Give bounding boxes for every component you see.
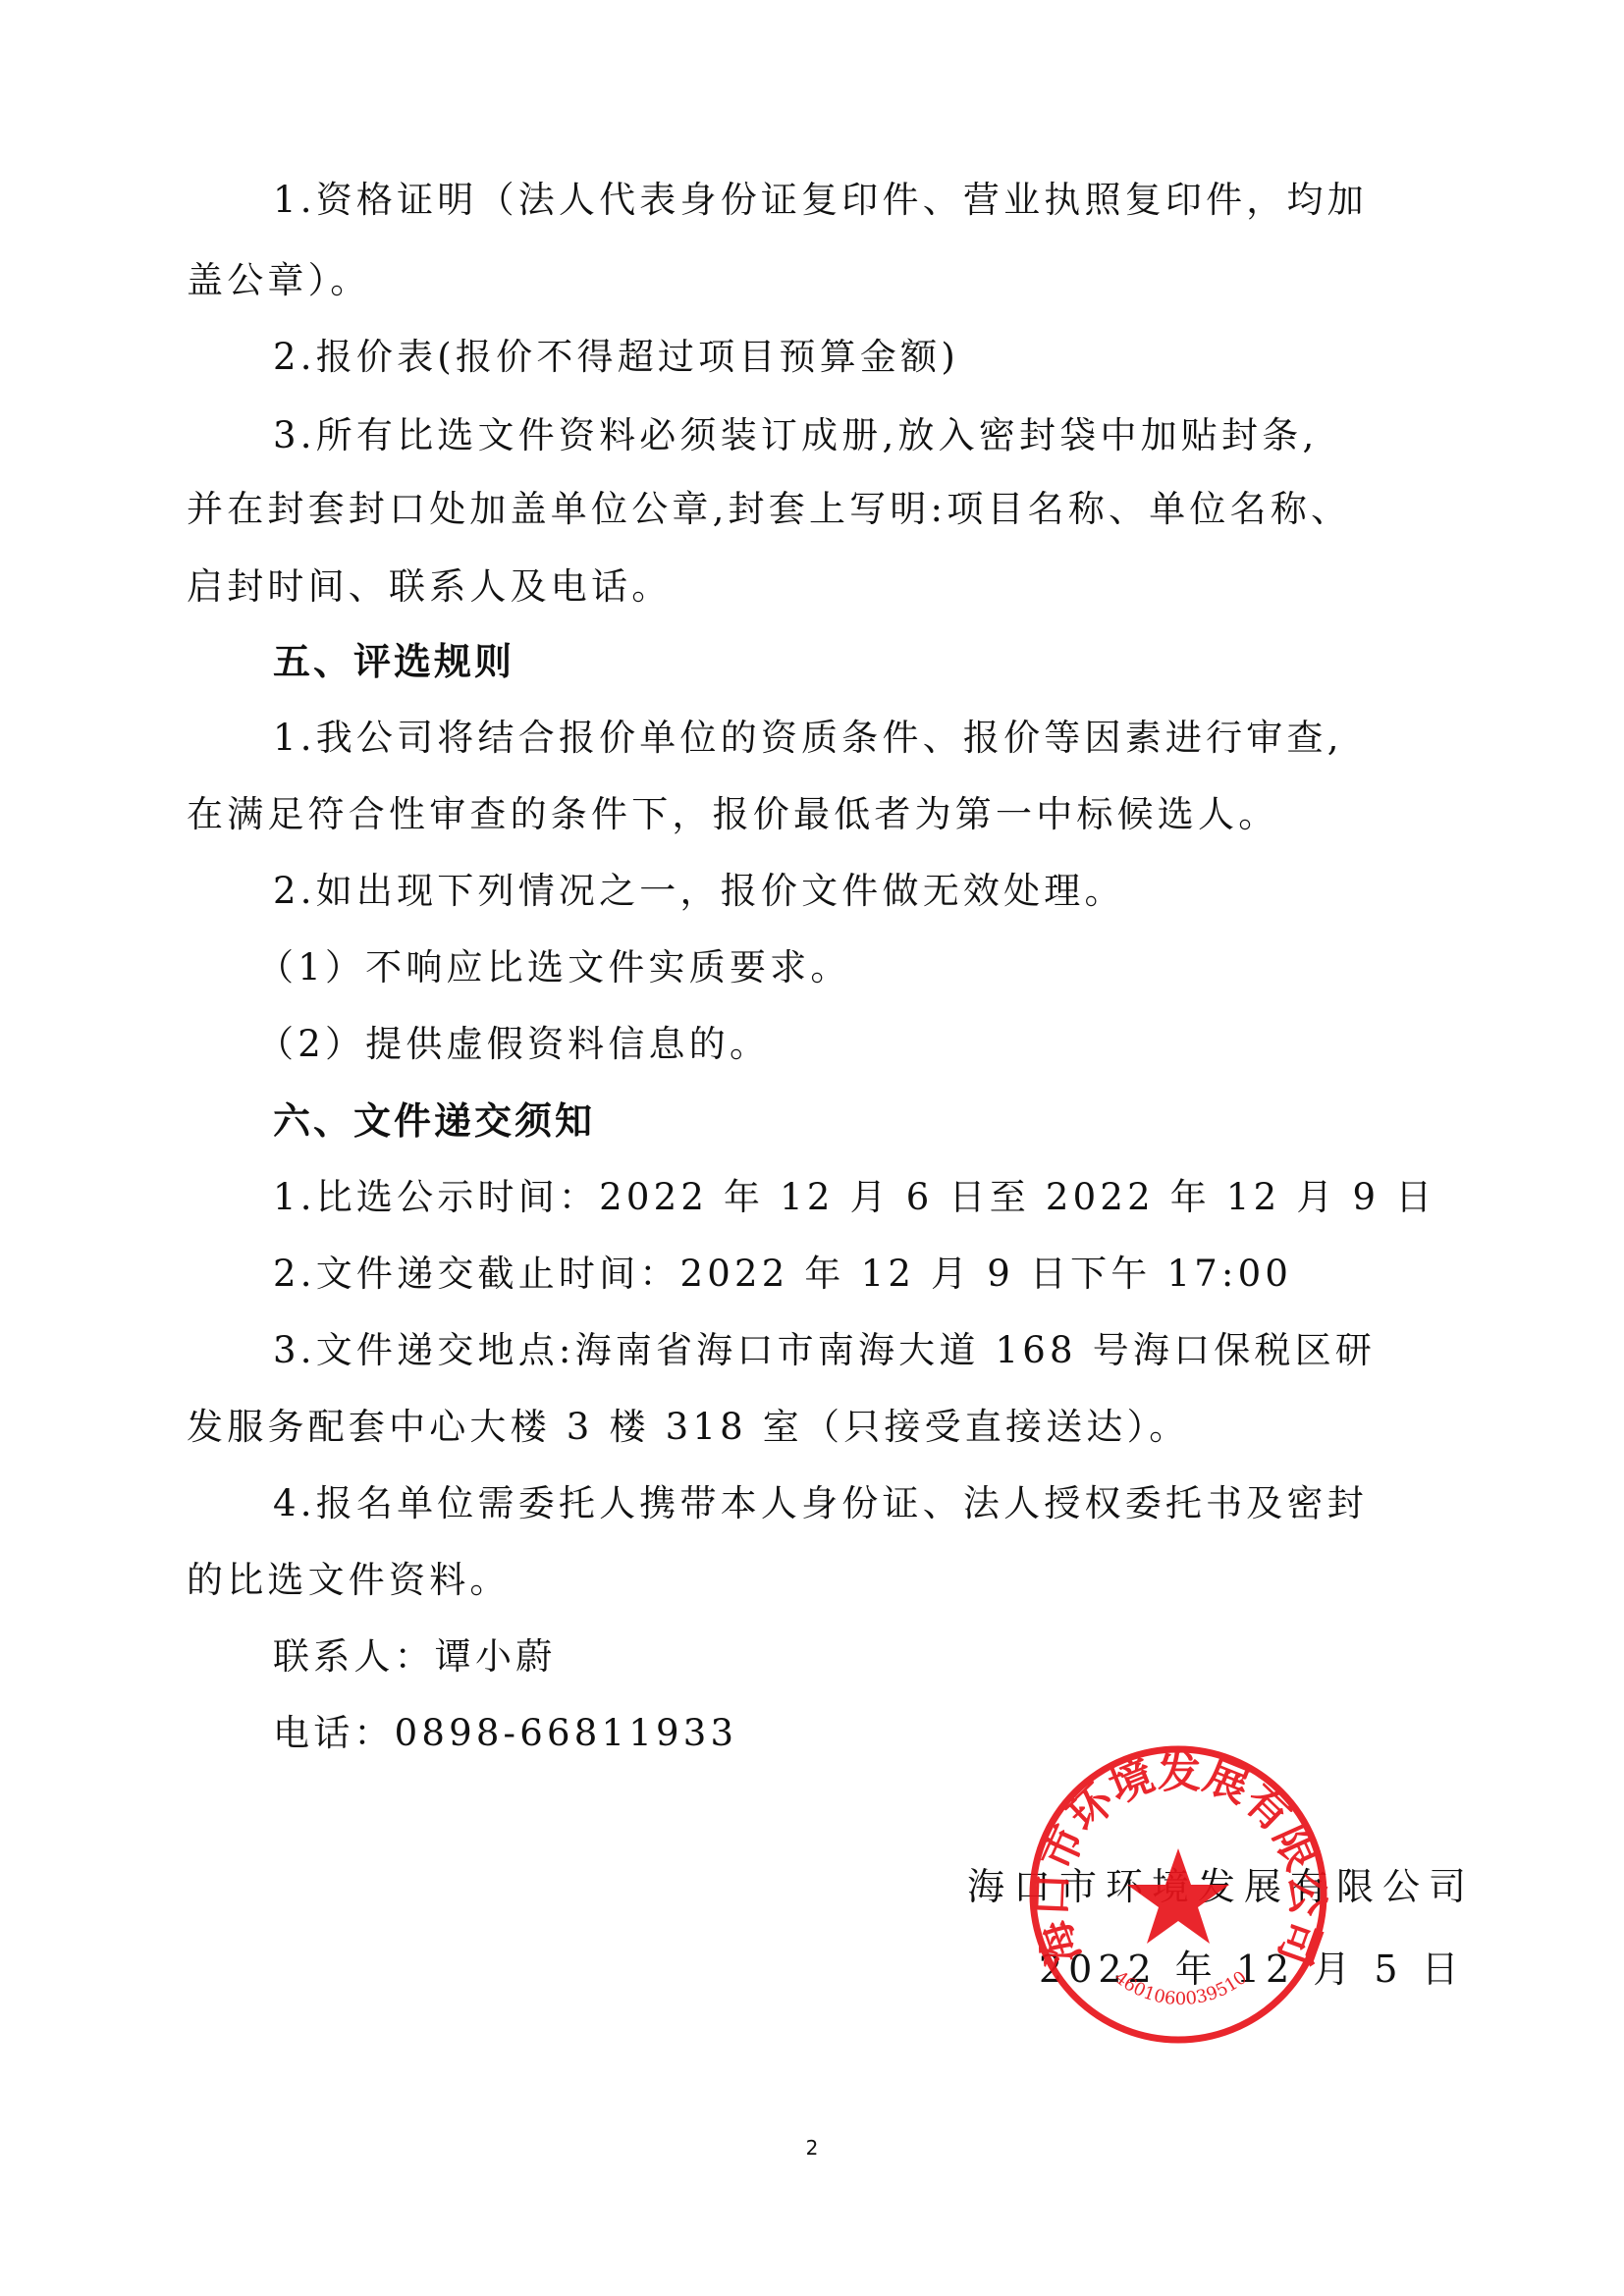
sec4-item3-line2: 并在封套封口处加盖单位公章,封套上写明:项目名称、单位名称、 xyxy=(187,486,1443,533)
sec5-item2: 2.如出现下列情况之一，报价文件做无效处理。 xyxy=(273,868,1530,915)
sec6-item3-line1: 3.文件递交地点:海南省海口市南海大道 168 号海口保税区研 xyxy=(273,1327,1530,1374)
sec5-item1-line1: 1.我公司将结合报价单位的资质条件、报价等因素进行审查, xyxy=(273,715,1530,762)
seal-serial-number: 4601060039510 xyxy=(1110,1967,1251,2009)
sec4-item3-line3: 启封时间、联系人及电话。 xyxy=(187,563,1443,611)
sec6-item2: 2.文件递交截止时间：2022 年 12 月 9 日下午 17:00 xyxy=(273,1251,1530,1298)
seal-star-icon xyxy=(1127,1848,1229,1944)
sec5-sub1: （1）不响应比选文件实质要求。 xyxy=(257,944,1514,991)
section6-heading: 六、文件递交须知 xyxy=(273,1097,1530,1145)
sec6-item4-line1: 4.报名单位需委托人携带本人身份证、法人授权委托书及密封 xyxy=(273,1480,1530,1527)
sec4-item3-line1: 3.所有比选文件资料必须装订成册,放入密封袋中加贴封条, xyxy=(273,412,1530,459)
sec5-item1-line2: 在满足符合性审查的条件下，报价最低者为第一中标候选人。 xyxy=(187,791,1443,838)
page-number: 2 xyxy=(0,2136,1624,2160)
sec6-item3-line2: 发服务配套中心大楼 3 楼 318 室（只接受直接送达）。 xyxy=(187,1404,1443,1451)
contact-phone: 电话：0898-66811933 xyxy=(273,1710,1530,1757)
sec6-item4-line2: 的比选文件资料。 xyxy=(187,1557,1443,1604)
sec4-item1-line2: 盖公章）。 xyxy=(187,257,1443,304)
contact-person: 联系人：谭小蔚 xyxy=(273,1633,1530,1681)
section5-heading: 五、评选规则 xyxy=(273,638,1530,685)
sec5-sub2: （2）提供虚假资料信息的。 xyxy=(257,1021,1514,1068)
sec6-item1: 1.比选公示时间：2022 年 12 月 6 日至 2022 年 12 月 9 … xyxy=(273,1174,1530,1221)
sec4-item1-line1: 1.资格证明（法人代表身份证复印件、营业执照复印件，均加 xyxy=(273,177,1530,224)
official-seal-stamp: 海口市环境发展有限公司 4601060039510 xyxy=(1026,1742,1330,2047)
sec4-item2: 2.报价表(报价不得超过项目预算金额) xyxy=(273,334,1530,381)
document-page: 1.资格证明（法人代表身份证复印件、营业执照复印件，均加 盖公章）。 2.报价表… xyxy=(0,0,1624,2296)
